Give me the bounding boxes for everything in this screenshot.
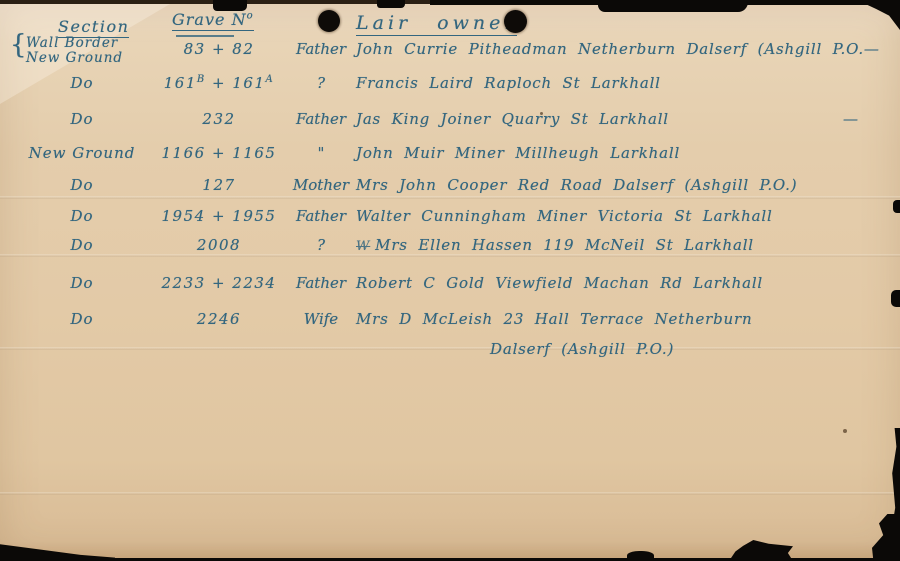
owner-cell: Mrs John Cooper Red Road Dalserf (Ashgil… xyxy=(356,176,896,194)
punch-hole-icon xyxy=(318,10,340,32)
relation-cell: ? xyxy=(282,236,360,254)
grave-number-cell: 2233 + 2234 xyxy=(148,274,290,292)
torn-edge-mark xyxy=(891,290,900,307)
torn-edge-mark xyxy=(213,0,247,11)
grave-superscript: B xyxy=(197,74,206,85)
paper-speck xyxy=(843,429,847,433)
grave-no-label: Grave N xyxy=(172,10,247,29)
section-cell: Do xyxy=(12,207,152,225)
grave-no-superscript: o xyxy=(247,11,254,22)
relation-cell: Mother xyxy=(282,176,360,194)
table-row: Do 1954 + 1955 Father Walter Cunningham … xyxy=(0,207,900,237)
section-line-1: Wall Border xyxy=(26,36,166,51)
torn-edge-mark xyxy=(627,551,654,561)
trailing-dash: — xyxy=(843,110,858,128)
table-row: Do 2008 ? WMrs Ellen Hassen 119 McNeil S… xyxy=(0,236,900,266)
grave-number: + 161 xyxy=(206,74,266,92)
table-row: { Wall Border New Ground 83 + 82 Father … xyxy=(0,40,900,70)
section-cell: { Wall Border New Ground xyxy=(26,36,166,66)
table-row: Do 161B + 161A ? Francis Laird Raploch S… xyxy=(0,74,900,104)
grave-no-double-underline xyxy=(176,35,234,37)
grave-number-cell: 83 + 82 xyxy=(148,40,290,58)
struck-out-word: W xyxy=(356,239,370,254)
table-row: New Ground 1166 + 1165 " John Muir Miner… xyxy=(0,144,900,174)
brace-mark: { xyxy=(10,38,28,53)
fold-crease-line xyxy=(0,347,900,350)
relation-cell: Father xyxy=(282,40,360,58)
relation-cell: ? xyxy=(282,74,360,92)
relation-cell: Father xyxy=(282,207,360,225)
torn-edge-mark xyxy=(598,0,748,12)
owner-text: Mrs Ellen Hassen 119 McNeil St Larkhall xyxy=(375,236,754,254)
grave-superscript: A xyxy=(266,74,275,85)
grave-number-cell: 2008 xyxy=(148,236,290,254)
owner-cell: WMrs Ellen Hassen 119 McNeil St Larkhall xyxy=(356,236,896,254)
section-cell: New Ground xyxy=(12,144,152,162)
owner-cell: Mrs D McLeish 23 Hall Terrace Netherburn xyxy=(356,310,896,328)
section-cell: Do xyxy=(12,310,152,328)
table-row: Do 2246 Wife Mrs D McLeish 23 Hall Terra… xyxy=(0,310,900,340)
table-row: Do 2233 + 2234 Father Robert C Gold View… xyxy=(0,274,900,304)
punch-hole-icon xyxy=(504,10,527,33)
relation-cell: Father xyxy=(282,274,360,292)
owner-cell: Francis Laird Raploch St Larkhall xyxy=(356,74,896,92)
torn-edge-mark xyxy=(893,200,900,213)
owner-cell: Walter Cunningham Miner Victoria St Lark… xyxy=(356,207,896,225)
column-header-grave-no: Grave No xyxy=(172,10,254,31)
owner-cell: John Muir Miner Millheugh Larkhall xyxy=(356,144,896,162)
grave-number-cell: 232 xyxy=(148,110,290,128)
table-row: Do 232 Father Jas King Joiner Quarry St … xyxy=(0,110,900,140)
section-line-2: New Ground xyxy=(26,51,166,66)
section-cell: Do xyxy=(12,110,152,128)
grave-number-cell: 1166 + 1165 xyxy=(148,144,290,162)
owner-cell-continuation: Dalserf (Ashgill P.O.) xyxy=(490,340,674,358)
grave-number: 161 xyxy=(164,74,197,92)
owner-cell: Robert C Gold Viewfield Machan Rd Larkha… xyxy=(356,274,896,292)
grave-number-cell: 2246 xyxy=(148,310,290,328)
relation-cell: Father xyxy=(282,110,360,128)
section-cell: Do xyxy=(12,74,152,92)
fold-crease-line xyxy=(0,492,900,495)
relation-cell: " xyxy=(282,144,360,162)
torn-edge-mark xyxy=(377,0,405,8)
paper-sheet: Section Grave No Lair owner { Wall Borde… xyxy=(0,4,900,558)
table-row: Do 127 Mother Mrs John Cooper Red Road D… xyxy=(0,176,900,206)
scanned-register-page: Section Grave No Lair owner { Wall Borde… xyxy=(0,0,900,561)
section-cell: Do xyxy=(12,236,152,254)
column-header-lair-owner: Lair owner xyxy=(356,12,517,36)
section-cell: Do xyxy=(12,274,152,292)
grave-number-cell: 127 xyxy=(148,176,290,194)
section-cell: Do xyxy=(12,176,152,194)
relation-cell: Wife xyxy=(282,310,360,328)
grave-number-cell: 1954 + 1955 xyxy=(148,207,290,225)
owner-cell: John Currie Pitheadman Netherburn Dalser… xyxy=(356,40,896,58)
grave-number-cell: 161B + 161A xyxy=(148,74,290,92)
owner-cell: Jas King Joiner Quarry St Larkhall xyxy=(356,110,896,128)
